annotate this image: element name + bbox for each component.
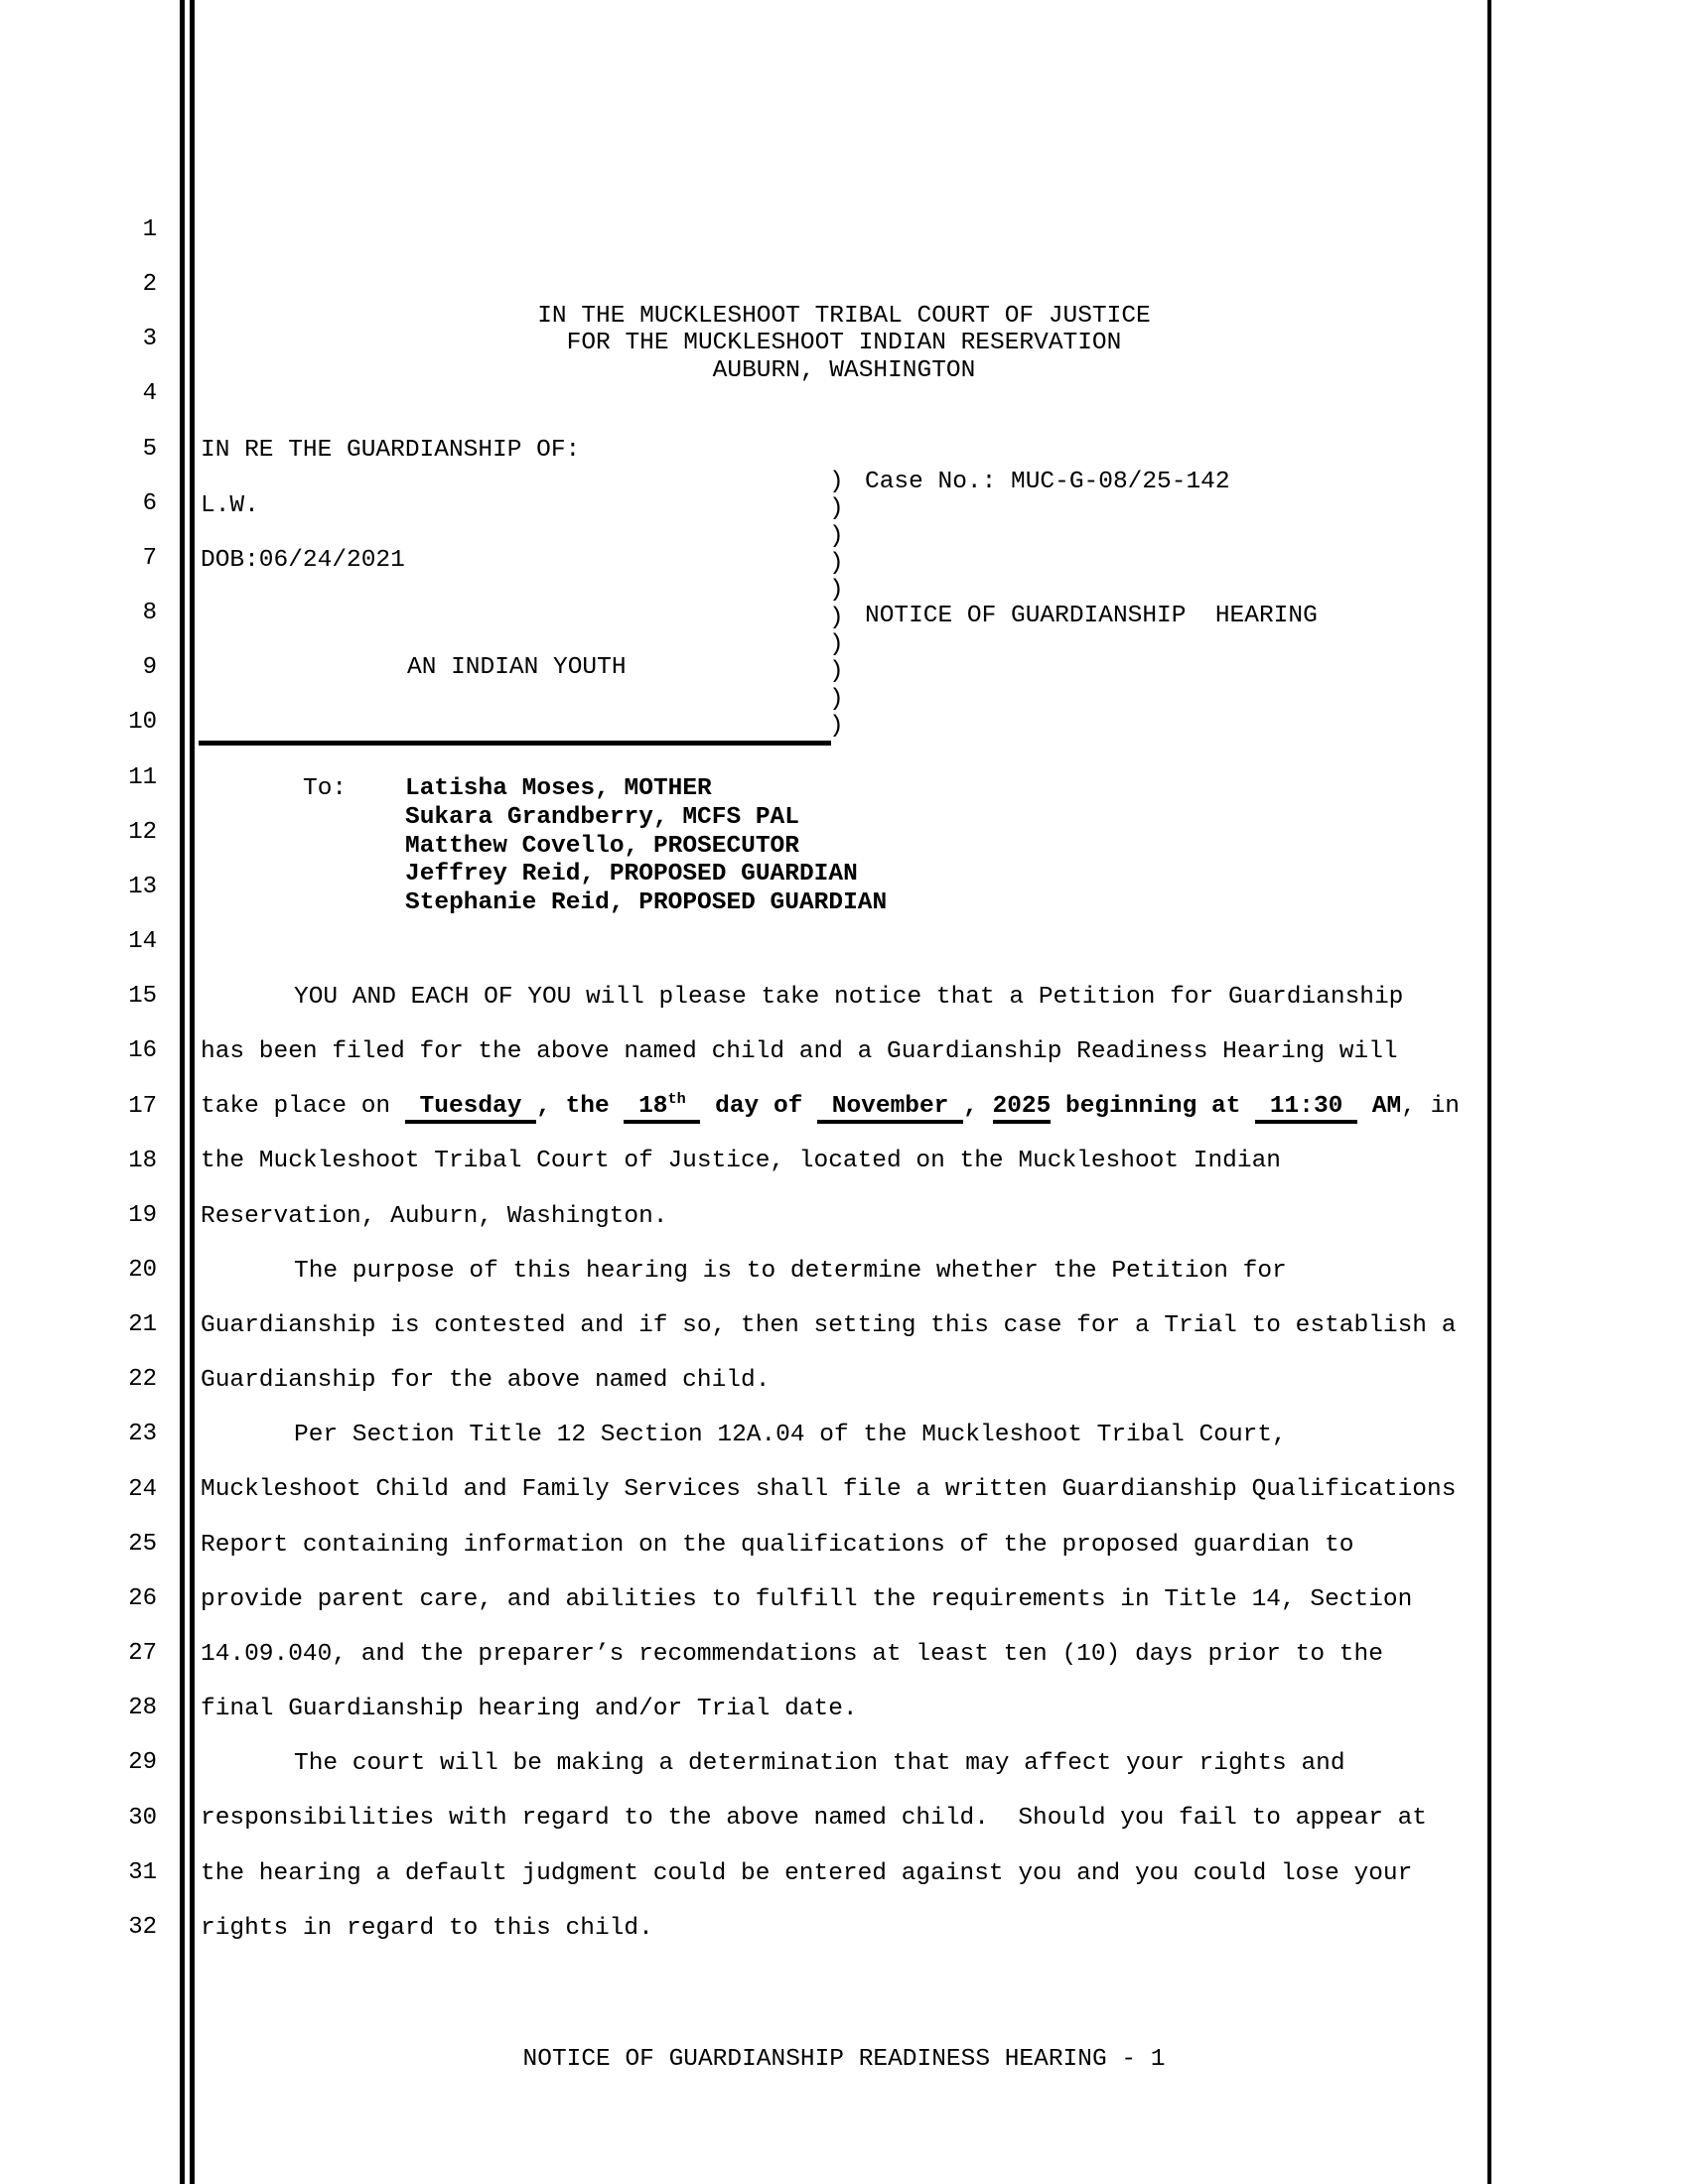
recipient: Jeffrey Reid, PROPOSED GUARDIAN [405,861,887,889]
body-line: Report containing information on the qua… [201,1518,1487,1572]
body-line: has been filed for the above named child… [201,1024,1487,1079]
body-segment: day of [700,1093,817,1120]
line-number: 12 [0,805,157,860]
fill-in-blank: Tuesday [405,1093,536,1124]
body-segment: Reservation, Auburn, Washington. [201,1203,667,1230]
body-line: responsibilities with regard to the abov… [201,1791,1487,1845]
line-number: 29 [0,1735,157,1790]
body-segment: final Guardianship hearing and/or Trial … [201,1696,858,1722]
body-segment: AM [1357,1093,1401,1120]
line-number: 28 [0,1681,157,1735]
body-segment: has been filed for the above named child… [201,1038,1398,1065]
caption-paren: ) [829,495,844,522]
body-line: Guardianship is contested and if so, the… [201,1298,1487,1353]
caption-in-re: IN RE THE GUARDIANSHIP OF: [201,437,580,465]
body-segment: Guardianship for the above named child. [201,1367,770,1394]
page-footer: NOTICE OF GUARDIANSHIP READINESS HEARING… [0,2046,1688,2074]
court-header: IN THE MUCKLESHOOT TRIBAL COURT OF JUSTI… [199,303,1489,384]
fill-in-blank: 18 [624,1093,667,1124]
caption-child-initials: L.W. [201,492,259,520]
body-segment: 14.09.040, and the preparer’s recommenda… [201,1641,1383,1668]
body-segment: , in [1401,1093,1460,1120]
court-header-line: IN THE MUCKLESHOOT TRIBAL COURT OF JUSTI… [199,303,1489,330]
body-segment: provide parent care, and abilities to fu… [201,1586,1412,1613]
body-segment: Guardianship is contested and if so, the… [201,1312,1456,1339]
caption-paren: ) [829,469,844,495]
body-segment: beginning at [1051,1093,1255,1120]
line-number: 3 [0,312,157,366]
caption-paren: ) [829,605,844,631]
body-segment: Report containing information on the qua… [201,1532,1354,1559]
pleading-page: 1234567891011121314151617181920212223242… [0,0,1688,2184]
line-number: 23 [0,1407,157,1461]
fill-in-blank: 2025 [993,1093,1052,1124]
body-line: YOU AND EACH OF YOU will please take not… [201,970,1487,1024]
body-line: The purpose of this hearing is to determ… [201,1244,1487,1298]
body-segment: The purpose of this hearing is to determ… [294,1258,1287,1285]
line-number: 27 [0,1626,157,1681]
body-line: Muckleshoot Child and Family Services sh… [201,1462,1487,1517]
body-segment: , [963,1093,992,1120]
body-segment: the Muckleshoot Tribal Court of Justice,… [201,1148,1281,1174]
body-line: The court will be making a determination… [201,1736,1487,1791]
caption-paren: ) [829,550,844,577]
line-number: 2 [0,257,157,312]
caption-paren: ) [829,686,844,713]
line-number: 13 [0,860,157,914]
line-number: 1 [0,203,157,257]
line-number: 25 [0,1517,157,1571]
caption-indian-youth: AN INDIAN YOUTH [407,654,627,682]
left-margin-double-rule [180,0,195,2184]
body-segment: the hearing a default judgment could be … [201,1860,1412,1887]
fill-in-blank [686,1093,701,1124]
body-line: the Muckleshoot Tribal Court of Justice,… [201,1134,1487,1188]
court-header-line: FOR THE MUCKLESHOOT INDIAN RESERVATION [199,330,1489,356]
fill-in-blank: th [668,1093,686,1124]
line-number: 7 [0,531,157,586]
line-number: 11 [0,751,157,805]
body-line: 14.09.040, and the preparer’s recommenda… [201,1627,1487,1682]
caption-paren: ) [829,713,844,740]
body-line: the hearing a default judgment could be … [201,1846,1487,1901]
body-segment: rights in regard to this child. [201,1915,653,1942]
line-number: 20 [0,1243,157,1297]
recipient: Sukara Grandberry, MCFS PAL [405,804,887,833]
caption-paren: ) [829,658,844,685]
line-number: 22 [0,1352,157,1407]
recipient: Matthew Covello, PROSECUTOR [405,833,887,862]
line-number: 15 [0,969,157,1024]
line-number: 21 [0,1297,157,1352]
document-title: NOTICE OF GUARDIANSHIP HEARING [865,603,1318,630]
line-number: 26 [0,1571,157,1626]
line-number: 10 [0,695,157,750]
body-line: Guardianship for the above named child. [201,1353,1487,1408]
body-line: Per Section Title 12 Section 12A.04 of t… [201,1408,1487,1462]
body-line: take place on Tuesday , the 18th day of … [201,1079,1487,1134]
body-line: Reservation, Auburn, Washington. [201,1189,1487,1244]
caption-paren: ) [829,631,844,658]
line-number: 6 [0,477,157,531]
body-line: provide parent care, and abilities to fu… [201,1572,1487,1627]
body-text: YOU AND EACH OF YOU will please take not… [201,970,1487,1956]
line-number: 16 [0,1024,157,1078]
caption-bottom-rule [199,741,831,746]
line-number: 31 [0,1845,157,1900]
line-number: 18 [0,1134,157,1188]
body-segment: YOU AND EACH OF YOU will please take not… [294,984,1403,1011]
caption-paren: ) [829,577,844,604]
line-number: 30 [0,1791,157,1845]
case-number: Case No.: MUC-G-08/25-142 [865,469,1230,496]
line-number: 5 [0,422,157,477]
body-segment: Per Section Title 12 Section 12A.04 of t… [294,1422,1287,1448]
line-number: 8 [0,586,157,640]
recipient-list: Latisha Moses, MOTHERSukara Grandberry, … [405,775,887,918]
line-number: 17 [0,1079,157,1134]
line-number: 24 [0,1462,157,1517]
body-segment: The court will be making a determination… [294,1750,1345,1777]
fill-in-blank: 11:30 [1255,1093,1357,1124]
fill-in-blank: November [817,1093,963,1124]
court-header-line: AUBURN, WASHINGTON [199,357,1489,384]
caption-paren-column: )))))))))) [829,469,844,740]
body-segment: , the [536,1093,624,1120]
body-line: rights in regard to this child. [201,1901,1487,1956]
recipient: Stephanie Reid, PROPOSED GUARDIAN [405,889,887,918]
line-number: 4 [0,366,157,421]
body-segment: responsibilities with regard to the abov… [201,1805,1427,1832]
line-number: 9 [0,640,157,695]
body-line: final Guardianship hearing and/or Trial … [201,1682,1487,1736]
line-number: 14 [0,914,157,969]
recipient: Latisha Moses, MOTHER [405,775,887,804]
caption-dob: DOB:06/24/2021 [201,547,405,575]
body-segment: Muckleshoot Child and Family Services sh… [201,1476,1456,1503]
line-number: 32 [0,1900,157,1955]
line-number: 19 [0,1188,157,1243]
body-segment: take place on [201,1093,405,1120]
line-number-column: 1234567891011121314151617181920212223242… [0,203,157,1955]
caption-paren: ) [829,523,844,550]
to-label: To: [303,775,347,804]
